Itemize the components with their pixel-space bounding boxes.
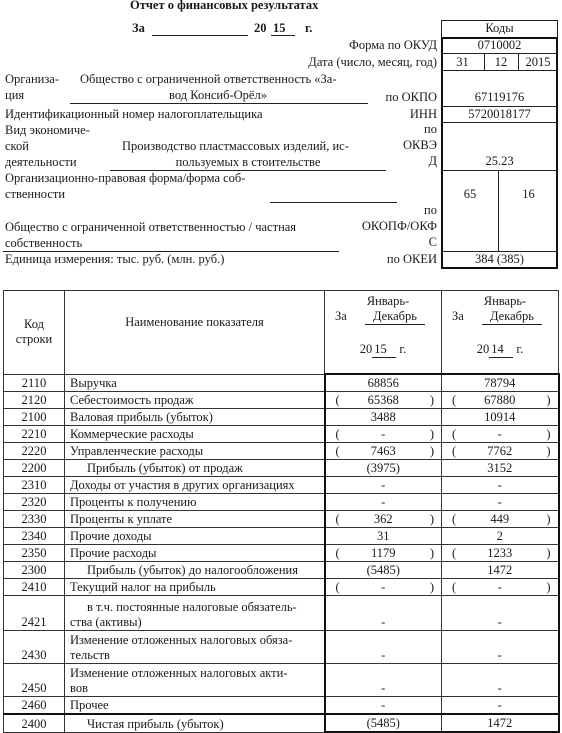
row-code: 2460 (4, 697, 65, 715)
col-header-code: Код строки (4, 291, 65, 375)
divider (441, 70, 558, 71)
paren-close: ) (546, 546, 550, 561)
row-value-text: 31 (377, 529, 390, 543)
row-value-2014[interactable]: 10914 (442, 409, 559, 426)
period-2015-year-value: 15 (372, 342, 396, 358)
row-name: Прибыль (убыток) от продаж (65, 460, 325, 477)
row-value-text: - (498, 681, 502, 695)
row-value-2015[interactable]: - (325, 697, 442, 715)
col-header-period-2015: Январь- За Декабрь 2015 г. (325, 291, 442, 375)
inn-label: Идентификационный номер налогоплательщик… (5, 106, 263, 122)
row-name: Проценты к уплате (65, 511, 325, 528)
row-value-text: - (498, 580, 502, 594)
row-value-text: - (381, 615, 385, 629)
okei-value[interactable]: 384 (385) (441, 251, 558, 268)
row-value-text: 68856 (368, 376, 399, 390)
paren-close: ) (430, 393, 434, 408)
row-value-2015[interactable]: 3488 (325, 409, 442, 426)
row-value-2014[interactable]: - (442, 477, 559, 494)
table-row: 2350Прочие расходы()1179()1233 (4, 545, 559, 562)
inn-value[interactable]: 5720018177 (441, 106, 558, 122)
row-value-text: (5485) (367, 563, 400, 577)
row-value-2015[interactable]: (5485) (325, 562, 442, 579)
row-value-text: 3152 (487, 461, 512, 475)
period-2014-year-unit: г. (516, 342, 523, 356)
row-value-text: 1472 (487, 563, 512, 577)
row-value-2015[interactable]: ()7463 (325, 443, 442, 460)
row-value-2014[interactable]: ()- (442, 579, 559, 596)
row-value-text: - (381, 648, 385, 662)
paren-close: ) (430, 427, 434, 442)
date-year[interactable]: 2015 (518, 54, 558, 70)
paren-open: ( (452, 427, 456, 442)
year-underline (271, 35, 295, 36)
row-code: 2200 (4, 460, 65, 477)
table-row: 2200Прибыль (убыток) от продаж(3975)3152 (4, 460, 559, 477)
row-value-text: - (498, 495, 502, 509)
paren-close: ) (430, 580, 434, 595)
period-2014-months-1: Январь- (442, 294, 558, 309)
row-code: 2110 (4, 374, 65, 392)
table-row: 2120Себестоимость продаж()65368()67880 (4, 392, 559, 409)
divider (441, 170, 558, 171)
row-name: Доходы от участия в других организациях (65, 477, 325, 494)
table-row: 2460Прочее-- (4, 697, 559, 715)
row-value-2014[interactable]: ()1233 (442, 545, 559, 562)
row-value-text: 10914 (484, 410, 515, 424)
date-day[interactable]: 31 (441, 54, 484, 70)
row-name-line-1: Изменение отложенных налоговых акти- (70, 666, 324, 681)
period-2014-year-value: 14 (489, 342, 513, 358)
row-value-2014[interactable]: 1472 (442, 714, 559, 732)
row-name: Валовая прибыль (убыток) (65, 409, 325, 426)
paren-close: ) (430, 444, 434, 459)
col-header-name: Наименование показателя (65, 291, 325, 375)
paren-close: ) (546, 393, 550, 408)
inn-code-label: ИНН (410, 106, 437, 122)
row-value-text: - (381, 495, 385, 509)
col-header-code-line-2: строки (4, 332, 64, 347)
legal-form-value-1[interactable]: Общество с ограниченной ответственностью… (5, 219, 296, 235)
row-value-text: - (381, 478, 385, 492)
row-name: Изменение отложенных налоговых обяза-тел… (65, 631, 325, 664)
legal-form-label-2: ственности (5, 186, 65, 202)
paren-open: ( (336, 512, 340, 527)
row-name-line-1: Изменение отложенных налоговых обяза- (70, 633, 324, 648)
okpo-value[interactable]: 67119176 (441, 89, 558, 105)
period-2015-za: За (335, 309, 347, 324)
row-value-2015[interactable]: - (325, 494, 442, 511)
period-2015-months-1: Январь- (325, 294, 441, 309)
row-name: Прочие доходы (65, 528, 325, 545)
unit-label: Единица измерения: тыс. руб. (млн. руб.) (5, 251, 224, 267)
table-row: 2450Изменение отложенных налоговых акти-… (4, 664, 559, 697)
table-row: 2310Доходы от участия в других организац… (4, 477, 559, 494)
period-2015-months-2: Декабрь (365, 309, 425, 325)
row-value-text: 67880 (484, 393, 515, 407)
row-name: в т.ч. постоянные налоговые обязатель-ст… (65, 596, 325, 631)
col-header-code-line-1: Код (4, 317, 64, 332)
row-value-text: 78794 (484, 376, 515, 390)
okved-label-2: ОКВЭ (403, 137, 437, 153)
activity-value-2[interactable]: пользуемых в стоительстве (110, 154, 386, 170)
okei-label: по ОКЕИ (387, 251, 437, 267)
row-value-2014[interactable]: ()449 (442, 511, 559, 528)
row-value-text: (5485) (367, 716, 400, 730)
row-value-text: 3488 (371, 410, 396, 424)
codes-title: Коды (441, 20, 558, 37)
row-value-2015[interactable]: 31 (325, 528, 442, 545)
row-code: 2330 (4, 511, 65, 528)
okud-value[interactable]: 0710002 (441, 37, 558, 53)
period-2014-months-2: Декабрь (482, 309, 542, 325)
table-row: 2100Валовая прибыль (убыток)348810914 (4, 409, 559, 426)
table-row: 2220Управленческие расходы()7463()7762 (4, 443, 559, 460)
row-name: Текущий налог на прибыль (65, 579, 325, 596)
row-name: Чистая прибыль (убыток) (65, 714, 325, 732)
okfs-value[interactable]: 16 (499, 186, 558, 202)
legal-form-underline (270, 202, 397, 203)
okved-label-1: по (424, 121, 437, 137)
row-name: Прибыль (убыток) до налогообложения (65, 562, 325, 579)
row-value-text: - (498, 698, 502, 712)
row-value-2014[interactable]: - (442, 631, 559, 664)
row-value-text: - (381, 580, 385, 594)
paren-close: ) (546, 580, 550, 595)
okopf-label-2: ОКОПФ/ОКФ (362, 218, 437, 234)
activity-label-3: деятельности (5, 154, 77, 170)
row-value-2014[interactable]: - (442, 697, 559, 715)
paren-open: ( (336, 580, 340, 595)
row-value-2014[interactable]: 2 (442, 528, 559, 545)
row-value-text: - (498, 615, 502, 629)
row-name: Себестоимость продаж (65, 392, 325, 409)
paren-open: ( (336, 546, 340, 561)
org-name-2[interactable]: вод Консиб-Орёл» (70, 87, 366, 103)
row-value-2015[interactable]: ()- (325, 426, 442, 443)
table-row: 2300Прибыль (убыток) до налогообложения(… (4, 562, 559, 579)
row-code: 2120 (4, 392, 65, 409)
okved-value[interactable]: 25.23 (441, 153, 558, 169)
row-value-2014[interactable]: ()- (442, 426, 559, 443)
row-name: Прочее (65, 697, 325, 715)
table-row: 2110Выручка6885678794 (4, 374, 559, 392)
paren-close: ) (430, 546, 434, 561)
row-value-2015[interactable]: ()362 (325, 511, 442, 528)
table-row: 2330Проценты к уплате()362()449 (4, 511, 559, 528)
paren-close: ) (546, 427, 550, 442)
row-value-text: 2 (497, 529, 503, 543)
paren-open: ( (452, 393, 456, 408)
row-value-text: 449 (490, 512, 509, 526)
year-value[interactable]: 15 (273, 20, 295, 36)
okpo-label: по ОКПО (386, 89, 437, 105)
okopf-label-3: С (429, 234, 437, 250)
row-value-text: 7762 (487, 444, 512, 458)
row-code: 2210 (4, 426, 65, 443)
row-value-text: - (498, 648, 502, 662)
row-value-text: 362 (374, 512, 393, 526)
paren-close: ) (546, 512, 550, 527)
row-value-2014[interactable]: 1472 (442, 562, 559, 579)
row-value-2015[interactable]: (3975) (325, 460, 442, 477)
row-code: 2100 (4, 409, 65, 426)
row-value-2015[interactable]: (5485) (325, 714, 442, 732)
paren-close: ) (430, 512, 434, 527)
paren-open: ( (336, 427, 340, 442)
row-value-2015[interactable]: ()65368 (325, 392, 442, 409)
org-label-1: Организа- (5, 71, 59, 87)
row-value-text: 1472 (487, 716, 512, 730)
org-name-1[interactable]: Общество с ограниченной ответственность … (80, 71, 337, 87)
row-name: Прочие расходы (65, 545, 325, 562)
row-value-2015[interactable]: 68856 (325, 374, 442, 392)
activity-label-2: ской (5, 138, 29, 154)
paren-open: ( (452, 546, 456, 561)
period-2014-year-prefix: 20 (477, 342, 490, 356)
period-2014-za: За (452, 309, 464, 324)
period-blank-field[interactable] (152, 35, 248, 36)
paren-open: ( (452, 580, 456, 595)
row-value-text: 1179 (371, 546, 396, 560)
row-code: 2450 (4, 664, 65, 697)
table-row: 2410Текущий налог на прибыль()-()- (4, 579, 559, 596)
table-row: 2320Проценты к получению-- (4, 494, 559, 511)
row-code: 2300 (4, 562, 65, 579)
row-value-2015[interactable]: ()1179 (325, 545, 442, 562)
period-2015-year-prefix: 20 (360, 342, 373, 356)
period-2015-year: 2015 г. (325, 342, 441, 358)
row-value-text: - (381, 681, 385, 695)
row-value-2015[interactable]: - (325, 596, 442, 631)
row-value-2014[interactable]: ()67880 (442, 392, 559, 409)
row-code: 2340 (4, 528, 65, 545)
row-value-2015[interactable]: - (325, 477, 442, 494)
paren-open: ( (452, 444, 456, 459)
row-code: 2320 (4, 494, 65, 511)
paren-close: ) (546, 444, 550, 459)
table-row: 2210Коммерческие расходы()-()- (4, 426, 559, 443)
row-value-text: - (381, 698, 385, 712)
row-code: 2400 (4, 714, 65, 732)
table-row: 2340Прочие доходы312 (4, 528, 559, 545)
period-2015-year-unit: г. (399, 342, 406, 356)
row-value-2014[interactable]: - (442, 494, 559, 511)
row-value-text: - (498, 427, 502, 441)
row-value-2015[interactable]: ()- (325, 579, 442, 596)
row-name: Изменение отложенных налоговых акти-вов (65, 664, 325, 697)
row-name: Коммерческие расходы (65, 426, 325, 443)
row-value-text: (3975) (367, 461, 400, 475)
row-value-2014[interactable]: - (442, 664, 559, 697)
org-label-2: ция (5, 87, 24, 103)
okopf-label-1: по (424, 202, 437, 218)
row-value-2014[interactable]: 78794 (442, 374, 559, 392)
col-header-period-2014: Январь- За Декабрь 2014 г. (442, 291, 559, 375)
activity-label-1: Вид экономиче- (5, 122, 90, 138)
row-name: Выручка (65, 374, 325, 392)
row-value-2015[interactable]: - (325, 664, 442, 697)
year-unit: г. (305, 20, 312, 36)
row-value-2014[interactable]: - (442, 596, 559, 631)
row-code: 2310 (4, 477, 65, 494)
org-name-underline (70, 103, 368, 104)
legal-form-label-1: Организационно-правовая форма/форма соб- (5, 170, 245, 186)
table-row: 2400Чистая прибыль (убыток)(5485)1472 (4, 714, 559, 732)
row-value-2014[interactable]: 3152 (442, 460, 559, 477)
row-name-line-2: вов (70, 681, 324, 696)
paren-open: ( (336, 393, 340, 408)
okved-label-3: Д (428, 153, 437, 169)
row-name-line-2: тельств (70, 648, 324, 663)
row-name: Проценты к получению (65, 494, 325, 511)
row-value-text: - (381, 427, 385, 441)
period-prefix: За (132, 20, 145, 36)
date-label: Дата (число, месяц, год) (308, 54, 437, 70)
okud-label: Форма по ОКУД (349, 37, 437, 53)
legal-form-value-2[interactable]: собственность (5, 235, 82, 251)
divider (498, 170, 499, 251)
date-month[interactable]: 12 (484, 54, 518, 70)
activity-value-1[interactable]: Производство пластмассовых изделий, ис- (122, 138, 349, 154)
col-header-name-text: Наименование показателя (65, 315, 324, 350)
row-code: 2410 (4, 579, 65, 596)
row-name-line-1: в т.ч. постоянные налоговые обязатель- (70, 600, 324, 615)
row-value-text: 1233 (487, 546, 512, 560)
year-prefix: 20 (254, 20, 267, 36)
financial-results-table: Код строки Наименование показателя Январ… (3, 290, 560, 733)
row-value-2015[interactable]: - (325, 631, 442, 664)
row-value-text: 7463 (371, 444, 396, 458)
row-name: Управленческие расходы (65, 443, 325, 460)
okopf-value[interactable]: 65 (441, 186, 499, 202)
row-value-2014[interactable]: ()7762 (442, 443, 559, 460)
row-value-text: 65368 (368, 393, 399, 407)
page-title: Отчет о финансовых результатах (130, 0, 318, 13)
divider (441, 122, 558, 123)
row-code: 2350 (4, 545, 65, 562)
period-2014-year: 2014 г. (442, 342, 558, 358)
table-row: 2430Изменение отложенных налоговых обяза… (4, 631, 559, 664)
row-value-text: - (498, 478, 502, 492)
row-code: 2220 (4, 443, 65, 460)
row-code: 2430 (4, 631, 65, 664)
paren-open: ( (452, 512, 456, 527)
row-name-line-2: ства (активы) (70, 615, 324, 630)
paren-open: ( (336, 444, 340, 459)
row-code: 2421 (4, 596, 65, 631)
table-row: 2421в т.ч. постоянные налоговые обязател… (4, 596, 559, 631)
